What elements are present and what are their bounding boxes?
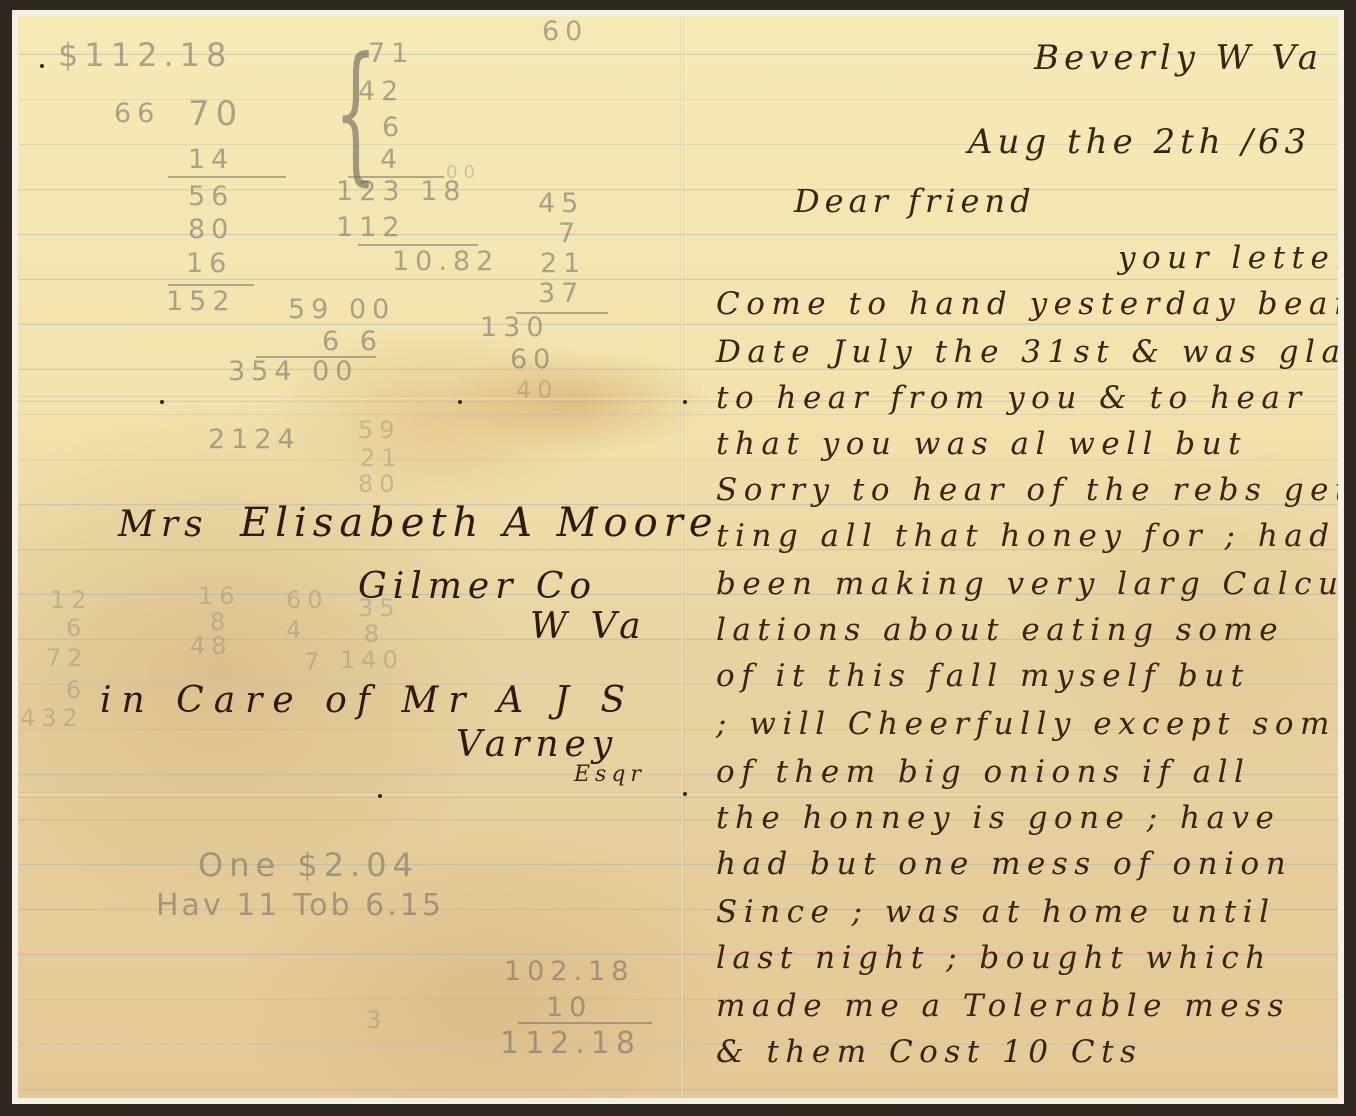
pencil-figure: 21 [360,444,403,472]
pencil-figure: 2124 [208,424,301,455]
pin-hole [378,794,382,798]
pencil-figure: 12 [50,586,93,614]
pencil-figure: 10 [546,992,592,1023]
sum-rule [168,176,286,178]
pencil-figure: 80 [188,214,234,245]
pencil-figure: 112.18 [500,1026,641,1061]
pencil-figure: 4 [286,616,307,644]
letter-line: made me a Tolerable mess [716,988,1290,1024]
vertical-fold [680,16,684,1098]
letter-line: your letter [1118,240,1338,276]
pencil-figure: 10.82 [392,246,499,277]
sum-rule [518,1022,652,1024]
address-care-of: in Care of Mr A J S [100,680,635,721]
pencil-figure: 14 [188,144,234,175]
letter-line: of it this fall myself but [716,658,1250,694]
pencil-figure: 45 [538,188,584,219]
address-state: W Va [530,606,647,647]
letter-line: Come to hand yesterday bearing [716,286,1338,322]
pencil-figure: 42 [358,76,404,107]
letter-line: of them big onions if all [716,754,1250,790]
letter-line: Sorry to hear of the rebs get [716,472,1338,508]
letter-line: had but one mess of onion [716,846,1292,882]
pencil-note: One $2.04 [198,846,419,884]
letter-place: Beverly W Va [1034,38,1323,78]
pencil-top-total: $112.18 [58,36,232,74]
pencil-figure: 7 [558,218,581,249]
pencil-figure: 60 [510,344,556,375]
pencil-figure: 6 [66,676,87,704]
pencil-figure: 6 [382,112,405,143]
pin-hole [458,400,462,404]
pencil-figure: 130 [480,312,550,343]
pencil-note: Hav 11 Tob 6.15 [156,888,444,923]
pencil-figure: 60 [286,586,329,614]
pencil-figure: 140 [340,646,404,674]
letter-line: ting all that honey for ; had [716,518,1336,554]
letter-line: that you was al well but [716,426,1247,462]
pin-hole [40,64,44,68]
pencil-figure: 152 [166,286,236,317]
letter-line: & them Cost 10 Cts [716,1034,1142,1070]
pencil-figure: 16 [186,248,232,279]
pencil-figure: 112 [336,212,406,243]
pin-hole [160,400,164,404]
pencil-figure: 3 [366,1006,387,1034]
pencil-figure: 37 [538,278,584,309]
pencil-figure: 6 [66,614,87,642]
address-esquire: Esqr [574,762,646,787]
pin-hole [683,400,687,404]
pencil-figure: 40 [516,376,559,404]
pencil-figure: 60 [542,16,588,47]
pencil-figure: 354 00 [228,356,358,387]
pencil-figure: 4 [380,144,403,175]
pencil-figure: 70 [188,94,243,134]
pencil-figure: 16 [198,582,241,610]
pencil-figure: 72 [46,644,89,672]
letter-date: Aug the 2th /63 [968,122,1311,162]
pencil-figure: 80 [358,470,401,498]
letter-line: Date July the 31st & was glad [716,334,1338,370]
pencil-figure: 56 [188,181,234,212]
right-page: Beverly W Va Aug the 2th /63 Dear friend… [698,16,1338,1098]
pencil-figure: 21 [540,248,586,279]
letter-salutation: Dear friend [794,182,1036,220]
letter-line: the honney is gone ; have [716,800,1280,836]
letter-line: been making very larg Calcu [716,566,1338,602]
pencil-figure: 71 [368,38,414,69]
pencil-figure: 00 [446,162,481,183]
letter-line: ; will Cheerfully except som [716,706,1336,742]
letter-line: to hear from you & to hear [716,380,1308,416]
letter-line: lations about eating some [716,612,1284,648]
letter-line: last night ; bought which [716,940,1272,976]
pencil-figure: 432 [20,704,84,732]
pencil-figure: 59 00 [288,294,395,325]
pencil-figure: 8 [364,620,385,648]
address-name: Elisabeth A Moore [240,500,719,546]
pencil-figure: 59 [358,416,401,444]
address-surname: Varney [456,724,618,765]
pencil-figure: 102.18 [504,956,634,987]
address-county: Gilmer Co [358,566,597,607]
letter-line: Since ; was at home until [716,894,1276,930]
pencil-figure: 6 6 [322,326,383,357]
address-title: Mrs [118,504,209,545]
pencil-figure: 48 [190,632,233,660]
pencil-figure: 66 [114,98,160,129]
pin-hole [683,792,687,796]
letter-sheet: $112.18 66 70 14 56 80 16 152 { 71 42 6 … [18,16,1338,1098]
pencil-figure: 7 [304,648,325,676]
